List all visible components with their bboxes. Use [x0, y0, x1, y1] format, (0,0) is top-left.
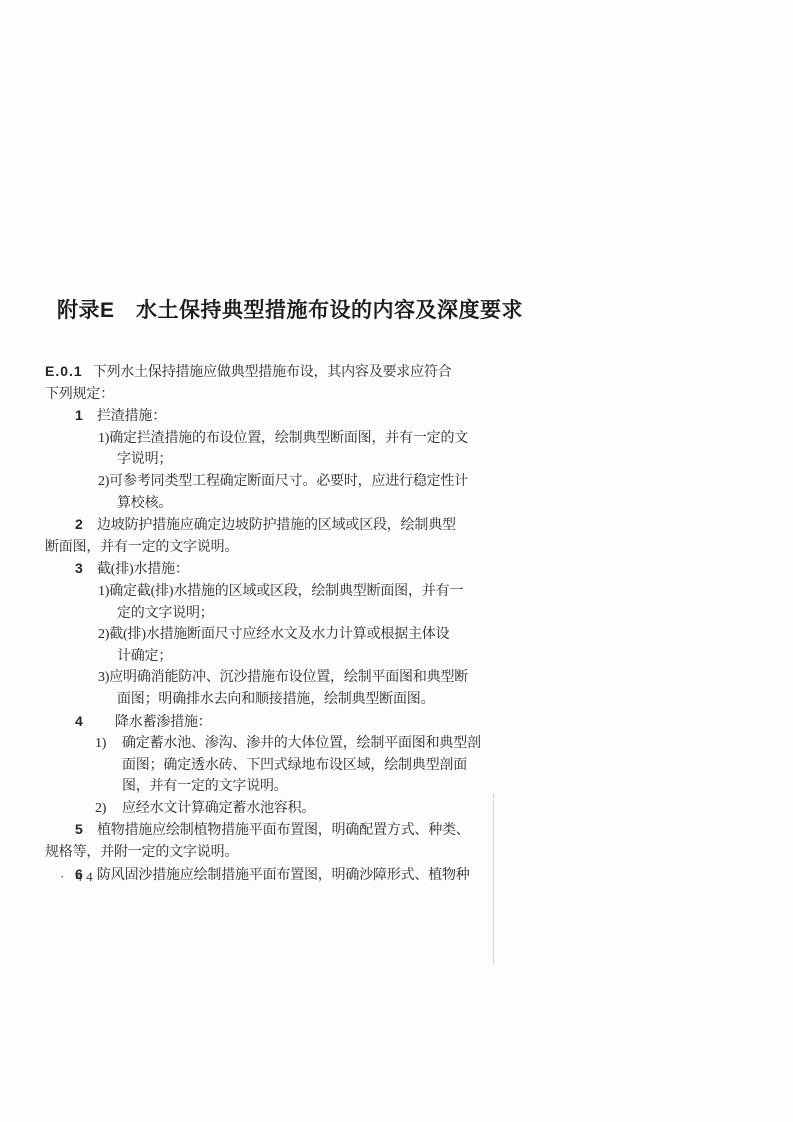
line-text: 边坡防护措施应确定边坡防护措施的区域或区段，绘制典型	[97, 518, 456, 533]
text-line: 断面图，并有一定的文字说明。	[45, 537, 515, 559]
text-line: 2)应经水文计算确定蓄水池容积。	[45, 798, 515, 820]
text-line: 下列规定：	[45, 384, 515, 406]
sub-item-number: 2)	[95, 798, 122, 820]
text-line: 1)确定蓄水池、渗沟、渗井的大体位置，绘制平面图和典型剖	[45, 733, 515, 755]
line-text: 计确定；	[117, 649, 172, 664]
line-text: 拦渣措施：	[97, 409, 166, 424]
line-text: 截(排)水措施：	[97, 562, 189, 577]
text-line: 面图；确定透水砖、下凹式绿地布设区域，绘制典型剖面	[45, 755, 515, 777]
clause-number: E.0.1	[45, 363, 83, 379]
line-text: 2)截(排)水措施断面尺寸应经水文及水力计算或根据主体设	[98, 627, 449, 642]
line-text: 图，并有一定的文字说明。	[122, 779, 288, 794]
line-text: 防风固沙措施应绘制措施平面布置图，明确沙障形式、植物种	[97, 868, 470, 883]
text-line: 2边坡防护措施应确定边坡防护措施的区域或区段，绘制典型	[45, 514, 515, 537]
text-line: 4降水蓄渗措施：	[45, 711, 515, 734]
text-line: 计确定；	[45, 646, 515, 668]
item-number: 3	[75, 558, 97, 580]
text-line: 2)截(排)水措施断面尺寸应经水文及水力计算或根据主体设	[45, 624, 515, 646]
line-text: 1)确定拦渣措施的布设位置，绘制典型断面图，并有一定的文	[98, 431, 468, 446]
body-text: E.0.1下列水土保持措施应做典型措施布设，其内容及要求应符合 下列规定： 1拦…	[45, 361, 515, 886]
line-text: 3)应明确消能防冲、沉沙措施布设位置，绘制平面图和典型断	[98, 670, 468, 685]
line-text: 1)确定截(排)水措施的区域或区段，绘制典型断面图，并有一	[98, 584, 463, 599]
text-line: 1)确定拦渣措施的布设位置，绘制典型断面图，并有一定的文	[45, 428, 515, 450]
item-number: 5	[75, 819, 97, 841]
line-text: 下列水土保持措施应做典型措施布设，其内容及要求应符合	[93, 365, 452, 380]
item-number: 2	[75, 514, 97, 536]
line-text: 应经水文计算确定蓄水池容积。	[122, 801, 315, 816]
line-text: 面图；确定透水砖、下凹式绿地布设区域，绘制典型剖面	[122, 758, 467, 773]
document-page: 附录E 水土保持典型措施布设的内容及深度要求 E.0.1下列水土保持措施应做典型…	[0, 0, 793, 1122]
text-line: 算校核。	[45, 493, 515, 515]
text-line: 定的文字说明；	[45, 603, 515, 625]
line-text: 降水蓄渗措施：	[115, 715, 212, 730]
text-line: E.0.1下列水土保持措施应做典型措施布设，其内容及要求应符合	[45, 361, 515, 384]
line-text: 植物措施应绘制植物措施平面布置图，明确配置方式、种类、	[97, 823, 470, 838]
text-line: 规格等，并附一定的文字说明。	[45, 842, 515, 864]
line-text: 下列规定：	[45, 387, 114, 402]
sub-item-number: 1)	[95, 733, 122, 755]
line-text: 规格等，并附一定的文字说明。	[45, 845, 238, 860]
text-line: 5植物措施应绘制植物措施平面布置图，明确配置方式、种类、	[45, 819, 515, 842]
text-line: 图，并有一定的文字说明。	[45, 776, 515, 798]
item-number: 1	[75, 405, 97, 427]
text-line: 3)应明确消能防冲、沉沙措施布设位置，绘制平面图和典型断	[45, 667, 515, 689]
line-text: 面图；明确排水去向和顺接措施，绘制典型断面图。	[117, 692, 434, 707]
appendix-title: 附录E 水土保持典型措施布设的内容及深度要求	[57, 294, 523, 324]
text-line: 1)确定截(排)水措施的区域或区段，绘制典型断面图，并有一	[45, 581, 515, 603]
line-text: 断面图，并有一定的文字说明。	[45, 540, 238, 555]
text-line: 面图；明确排水去向和顺接措施，绘制典型断面图。	[45, 689, 515, 711]
text-line: 字说明；	[45, 449, 515, 471]
line-text: 算校核。	[117, 496, 172, 511]
text-line: 2)可参考同类型工程确定断面尺寸。必要时，应进行稳定性计	[45, 471, 515, 493]
text-line: 1拦渣措施：	[45, 405, 515, 428]
line-text: 定的文字说明；	[117, 606, 214, 621]
line-text: 确定蓄水池、渗沟、渗井的大体位置，绘制平面图和典型剖	[122, 736, 481, 751]
text-line: 6防风固沙措施应绘制措施平面布置图，明确沙障形式、植物种	[45, 864, 515, 887]
page-number: · 44 ·	[60, 869, 112, 885]
text-line: 3截(排)水措施：	[45, 558, 515, 581]
item-number: 4	[75, 711, 115, 733]
line-text: 2)可参考同类型工程确定断面尺寸。必要时，应进行稳定性计	[98, 474, 468, 489]
line-text: 字说明；	[117, 452, 172, 467]
scan-artifact-dotted-line	[493, 795, 494, 963]
